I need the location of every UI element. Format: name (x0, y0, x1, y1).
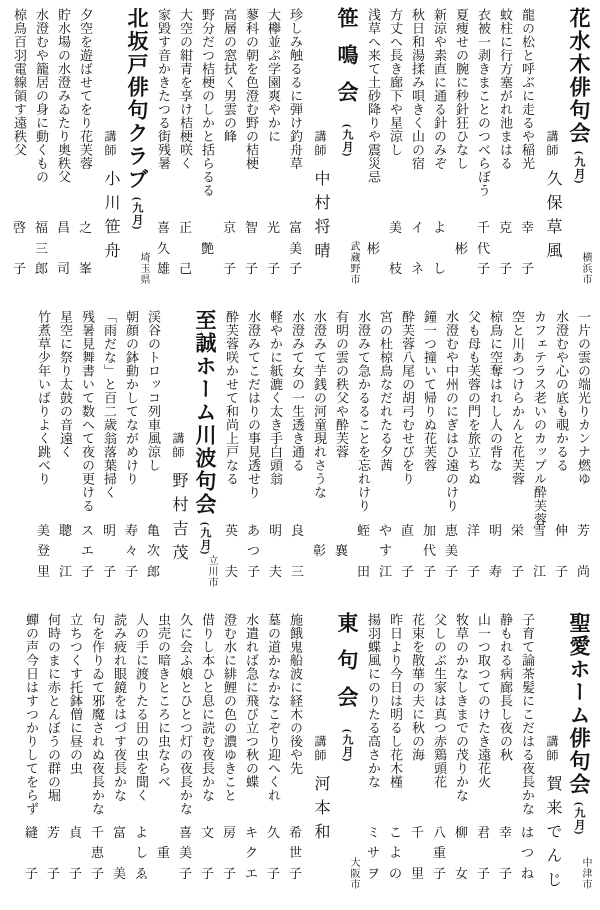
poem-entry: 有明の雲の秩父や酔芙蓉襄 (331, 306, 352, 603)
poem-author: よし (429, 221, 450, 275)
section-header: 笹鳴会(九月)武蔵野市講師中村将晴 (306, 4, 362, 301)
poem-entry: 残暑見舞書いて数へて夜の更けるスエ子 (77, 306, 98, 603)
poem-author-char: 代 (423, 544, 436, 557)
poem-author-char: 子 (267, 867, 280, 880)
section-month-label: (九月) (573, 151, 585, 184)
poem-entry: 空と川あつけらかんと花芙蓉栄子 (507, 306, 528, 603)
poem-entry: 水遣れば急に飛び立つ秋の蝶キクエ (241, 609, 262, 906)
poem-entry: 水澄みて女の一生透き通る良三 (287, 306, 308, 603)
poem-author: 久子 (263, 826, 284, 880)
poem-author: 克子 (495, 221, 516, 275)
poem-author-char: エ (245, 867, 258, 880)
poem-author-char: 明 (103, 524, 116, 537)
poem-entry: 「雨だな」と百二歳翁落葉掃く明子 (99, 306, 120, 603)
section-city-label: 大阪市 (346, 857, 361, 890)
section-title-column: 聖愛ホーム俳句会(九月)中津市 (564, 609, 594, 906)
poem-author-char: 彬 (367, 242, 380, 255)
poem-entry: 水澄むや心の底も覗かるる伸子 (551, 306, 572, 603)
poem-author-char: 子 (467, 565, 480, 578)
poem-author-char: 明 (489, 524, 502, 537)
poem-author: 美枝 (385, 221, 406, 275)
poem-author-char: 子 (477, 262, 490, 275)
poem-author-char: 子 (201, 867, 214, 880)
poem-author: 重 (153, 826, 174, 880)
section-teacher-column: 講師久保草風 (538, 4, 564, 301)
poem-author-char: 子 (223, 262, 236, 275)
poem-author-char: 洋 (467, 524, 480, 537)
poem-author: 君子 (473, 826, 494, 880)
poem-author-char: 子 (47, 867, 60, 880)
poem-entry: 大欅並ぶ学園爽やかに光子 (263, 4, 284, 301)
poem-author-char: 伸 (555, 524, 568, 537)
poem-author-char: 枝 (389, 262, 402, 275)
poem-author-char: 子 (25, 867, 38, 880)
poem-author-char: 喜 (179, 826, 192, 839)
poem-author-char: 千 (411, 826, 424, 839)
teacher-name: 野村吉茂 (170, 472, 187, 568)
section-header: 聖愛ホーム俳句会(九月)中津市講師賀来でんじ (538, 609, 594, 906)
poem-author-char: 克 (499, 221, 512, 234)
teacher-name: 小川笹舟 (102, 170, 119, 266)
poem-author: 蛭田 (353, 524, 374, 578)
poem-author-char: つ (521, 846, 534, 859)
poem-entry: 貯水場の水澄みゐたり奥秩父昌司 (53, 4, 74, 301)
poem-entry: 朝顔の鉢動かしてながめけり寿々子 (121, 306, 142, 603)
poem-entry: 父しのぶ生家は真つ赤鶏頭花八重子 (429, 609, 450, 906)
poem-author-char: よ (135, 826, 148, 839)
poem-author-char: 京 (223, 221, 236, 234)
section-title-column: 東句会(九月)大阪市 (332, 609, 362, 906)
poem-author-char: 世 (289, 846, 302, 859)
poem-entry: 澄む水に緋鯉の色の濃ゆきこと房子 (219, 609, 240, 906)
poem-entry: 方丈へ長き廊下や星涼し美枝 (385, 4, 406, 301)
poem-entry: 人の手に渡りたる田の虫を聞くよしゑ (131, 609, 152, 906)
poem-author-char: 三 (35, 242, 48, 255)
poem-author: 美登里 (33, 524, 54, 578)
poem-entry: 花束を散華の夫に秋の海千里 (407, 609, 428, 906)
poem-author: 芳尚 (573, 524, 594, 578)
poem-author-char: 恵 (445, 524, 458, 537)
poem-author-char: 恵 (91, 846, 104, 859)
poem-author-char: 雄 (157, 262, 170, 275)
poem-author: はつね (517, 826, 538, 880)
poem-author-char: 子 (13, 262, 26, 275)
poem-author-char: 良 (291, 524, 304, 537)
poem-author: 洋子 (463, 524, 484, 578)
poem-entry: 衣被一剥きまことのつべらぼう千代子 (473, 4, 494, 301)
poem-author: 八重子 (429, 826, 450, 880)
poem-entry: 昨日より今日は明るし花木槿こよの (385, 609, 406, 906)
poem-author-char: 雪 (533, 524, 546, 537)
poem-author-char: サ (367, 846, 380, 859)
poem-author-char: 千 (477, 221, 490, 234)
poem-author-char: 美 (445, 544, 458, 557)
poem-author: スエ子 (77, 524, 98, 578)
poem-author-char: 貞 (69, 826, 82, 839)
section-city-label: 立川市 (204, 555, 219, 588)
poem-entry: 施餓鬼船波に経木の後や先希世子 (285, 609, 306, 906)
poem-author-char: し (135, 846, 148, 859)
poem-author: 栄子 (507, 524, 528, 578)
section-city-label: 横浜市 (578, 252, 593, 285)
poem-entry: 一片の雲の端光りカンナ燃ゆ芳尚 (573, 306, 594, 603)
section-month-label: (九月) (573, 802, 585, 835)
poem-author-char: 子 (401, 565, 414, 578)
poem-author-char: 富 (113, 826, 126, 839)
poem-author-char: 幸 (521, 221, 534, 234)
poem-author-char: 寿 (489, 565, 502, 578)
poem-entry: 椋鳥に空奪はれし人の背な明寿 (485, 306, 506, 603)
poem-entry: 水澄むや籠居の身に動くもの福三郎 (31, 4, 52, 301)
poem-author-char: 子 (91, 867, 104, 880)
poem-author-char: 芳 (577, 524, 590, 537)
poem-entry: 立ちつくす托鉢僧に昼の虫貞子 (65, 609, 86, 906)
section-header: 至誠ホーム川波句会(九月)立川市講師野村吉茂 (164, 306, 220, 603)
section-title-column: 北坂戸俳句クラブ(九月)埼玉県 (122, 4, 152, 301)
poem-author-char: 重 (157, 846, 170, 859)
section-city-label: 中津市 (578, 857, 593, 890)
section-teacher-column: 講師賀来でんじ (538, 609, 564, 906)
poem-author-char: よ (433, 221, 446, 234)
teacher-label: 講師 (313, 130, 327, 158)
poem-author-char: 彬 (455, 242, 468, 255)
poem-author: 昌司 (53, 221, 74, 275)
poem-author: 光子 (263, 221, 284, 275)
poem-entry: 酔芙蓉咲かせて和尚上戸なる英夫 (221, 306, 242, 603)
poem-author-char: 美 (37, 524, 50, 537)
poem-author-char: 子 (499, 262, 512, 275)
poem-author: 喜久雄 (153, 221, 174, 275)
poem-author-char: 柳 (455, 826, 468, 839)
poem-author: 芳子 (43, 826, 64, 880)
band-3: 聖愛ホーム俳句会(九月)中津市講師賀来でんじ子育て論茶髪にこだはる夜長かなはつね… (4, 609, 594, 906)
section-month-label: (九月) (341, 124, 353, 157)
poem-author: 柳女 (451, 826, 472, 880)
poem-author-char: 三 (291, 565, 304, 578)
poem-author-char: 女 (455, 867, 468, 880)
poem-author-char: ミ (367, 826, 380, 839)
poem-author-char: 子 (445, 565, 458, 578)
poem-entry: 水澄みて急かるることを忘れけり蛭田 (353, 306, 374, 603)
poem-author-char: 明 (269, 524, 282, 537)
section-city-label: 武蔵野市 (346, 241, 361, 285)
teacher-name: 賀来でんじ (544, 775, 561, 895)
poem-author-char: 子 (81, 565, 94, 578)
poem-author-char: 夫 (225, 565, 238, 578)
poem-entry: 蓼科の朝を色澄む野の桔梗智子 (241, 4, 262, 301)
section-teacher-column: 講師小川笹舟 (96, 4, 122, 301)
poem-author-char: 子 (247, 565, 260, 578)
poem-author-char: 子 (521, 262, 534, 275)
poem-author: 貞子 (65, 826, 86, 880)
poem-author-char: 重 (433, 846, 446, 859)
poem-author: 千恵子 (87, 826, 108, 880)
poem-author: 文子 (197, 826, 218, 880)
poem-author-char: 子 (499, 867, 512, 880)
poem-entry: 野分だつ桔梗のしかと括らるる艶 (197, 4, 218, 301)
poem-entry: 墓の道かなかなこぞり迎へくれ久子 (263, 609, 284, 906)
poem-author-char: 子 (69, 867, 82, 880)
poem-author-char: 里 (411, 867, 424, 880)
section-month-label: (九月) (131, 197, 143, 230)
poem-entry: 家毀す音かきたつる街残暑喜久雄 (153, 4, 174, 301)
poem-entry: 句を作りゐて邪魔されぬ夜長かな千恵子 (87, 609, 108, 906)
poem-author-char: あ (247, 524, 260, 537)
poem-author-char: 子 (423, 565, 436, 578)
poem-author: 直子 (397, 524, 418, 578)
poem-author-char: 子 (433, 867, 446, 880)
poem-entry: 渓谷のトロッコ列車風涼し亀次郎 (143, 306, 164, 603)
poem-author-char: 己 (179, 262, 192, 275)
section-title-column: 花水木俳句会(九月)横浜市 (564, 4, 594, 301)
poem-author: 富美子 (285, 221, 306, 275)
poem-author-char: 千 (91, 826, 104, 839)
poem-author: 恵美子 (441, 524, 462, 578)
poem-author-char: 江 (533, 565, 546, 578)
poem-author-char: 田 (357, 565, 370, 578)
poem-author-char: 聰 (59, 524, 72, 537)
poem-entry: 虫売の暗きところに虫ならべ重 (153, 609, 174, 906)
poem-author: キクエ (241, 826, 262, 880)
poem-author-char: 久 (157, 242, 170, 255)
poem-author-char: 子 (223, 867, 236, 880)
poem-author-char: 司 (57, 262, 70, 275)
poem-entry: 龍の松と呼ぶに走るや稲光幸子 (517, 4, 538, 301)
poem-author-char: 襄 (335, 544, 348, 557)
poem-author: 啓子 (9, 221, 30, 275)
poem-author: 彬 (363, 221, 384, 275)
poem-author-char: 希 (289, 826, 302, 839)
poem-author-char: 栄 (511, 524, 524, 537)
poem-author-char: ス (81, 524, 94, 537)
poem-entry: 酔芙蓉八尾の胡弓むせびをり直子 (397, 306, 418, 603)
band-2: 一片の雲の端光りカンナ燃ゆ芳尚水澄むや心の底も覗かるる伸子カフェテラス老いのカッ… (4, 306, 594, 603)
poem-author: 雪江 (529, 524, 550, 578)
haiku-magazine-page: 花水木俳句会(九月)横浜市講師久保草風龍の松と呼ぶに走るや稲光幸子蚊柱に行方塞が… (0, 0, 600, 910)
teacher-name: 久保草風 (544, 170, 561, 266)
section-city-label: 埼玉県 (136, 252, 151, 285)
poem-author: 之峯 (75, 221, 96, 275)
poem-author: 智子 (241, 221, 262, 275)
poem-author-char: 艶 (201, 242, 214, 255)
poem-entry: 鐘一つ撞いて帰りぬ花芙蓉加代子 (419, 306, 440, 603)
poem-author: よしゑ (131, 826, 152, 880)
poem-author-char: 子 (477, 867, 490, 880)
poem-author-char: 子 (289, 262, 302, 275)
poem-author-char: 蛭 (357, 524, 370, 537)
poem-author-char: 英 (225, 524, 238, 537)
poem-entry: 新涼や素直に通る針のみぞよし (429, 4, 450, 301)
poem-author-char: 直 (401, 524, 414, 537)
poem-author: 京子 (219, 221, 240, 275)
poem-author-char: 郎 (35, 262, 48, 275)
poem-author-char: 郎 (147, 565, 160, 578)
teacher-name: 河本和 (312, 775, 329, 847)
poem-author-char: よ (389, 846, 402, 859)
poem-author-char: 福 (35, 221, 48, 234)
poem-author-char: 々 (125, 544, 138, 557)
poem-author: 襄 (331, 524, 352, 578)
poem-entry: 子育て論茶髪にこだはる夜長かなはつね (517, 609, 538, 906)
poem-entry: 高層の窓拭く男雲の峰京子 (219, 4, 240, 301)
poem-author-char: 昌 (57, 221, 70, 234)
poem-entry: 何時のまに赤とんぼうの群の堀芳子 (43, 609, 64, 906)
poem-author: 正己 (175, 221, 196, 275)
poem-entry: 山一つ取つてのけたき遠花火君子 (473, 609, 494, 906)
poem-author: 千里 (407, 826, 428, 880)
poem-entry: 夏痩せの腕に秒針狂ひなし彬 (451, 4, 472, 301)
poem-author: 明寿 (485, 524, 506, 578)
poem-author-char: 尚 (577, 565, 590, 578)
poem-author-char: 幸 (499, 826, 512, 839)
poem-author: 明子 (99, 524, 120, 578)
section-teacher-column: 講師河本和 (306, 609, 332, 906)
poem-author: 喜美子 (175, 826, 196, 880)
poem-author-char: 峯 (79, 262, 92, 275)
poem-author-char: 正 (179, 221, 192, 234)
poem-entry: 水澄むや中州のにぎはひ遠のけり恵美子 (441, 306, 462, 603)
poem-author-char: イ (411, 221, 424, 234)
poem-author-char: や (379, 524, 392, 537)
poem-author: 幸子 (517, 221, 538, 275)
poem-entry: 静もれる病廊長し夜の秋幸子 (495, 609, 516, 906)
teacher-label: 講師 (545, 735, 559, 763)
poem-author-char: 喜 (157, 221, 170, 234)
poem-author-char: エ (81, 544, 94, 557)
poem-author-char: す (379, 544, 392, 557)
poem-entry: 大空の紺青を享け桔梗咲く正己 (175, 4, 196, 301)
poem-author: 希世子 (285, 826, 306, 880)
teacher-label: 講師 (171, 432, 185, 460)
poem-author-char: 芳 (47, 826, 60, 839)
poem-author-char: 子 (289, 867, 302, 880)
poem-author: 房子 (219, 826, 240, 880)
poem-author-char: 美 (179, 846, 192, 859)
poem-author: 幸子 (495, 826, 516, 880)
poem-author: こよの (385, 826, 406, 880)
poem-entry: 父も母も芙蓉の門を旅立ちぬ洋子 (463, 306, 484, 603)
section-title-column: 笹鳴会(九月)武蔵野市 (332, 4, 362, 301)
poem-author-char: 江 (379, 565, 392, 578)
poem-entry: 珍しみ触るるに弾け釣舟草富美子 (285, 4, 306, 301)
poem-author-char: 光 (267, 221, 280, 234)
poem-author-char: 次 (147, 544, 160, 557)
poem-author-char: キ (245, 826, 258, 839)
poem-author-char: 子 (267, 262, 280, 275)
poem-entry: 秋日和湯揉み唄きく山の宿イネ (407, 4, 428, 301)
poem-entry: 蚊柱に行方塞がれ池まはる克子 (495, 4, 516, 301)
poem-author-char: 里 (37, 565, 50, 578)
poem-author: 福三郎 (31, 221, 52, 275)
section-header: 北坂戸俳句クラブ(九月)埼玉県講師小川笹舟 (96, 4, 152, 301)
poem-author-char: 縫 (25, 826, 38, 839)
poem-author-char: 子 (245, 262, 258, 275)
poem-entry: カフェテラス老いのカップル酔芙蓉雪江 (529, 306, 550, 603)
poem-author: 明夫 (265, 524, 286, 578)
poem-entry: 竹煮草少年いばりよく跳べり美登里 (33, 306, 54, 603)
poem-entry: 揚羽蝶風にのりたる高さかなミサヲ (363, 609, 384, 906)
poem-author-char: 君 (477, 826, 490, 839)
band-1: 花水木俳句会(九月)横浜市講師久保草風龍の松と呼ぶに走るや稲光幸子蚊柱に行方塞が… (4, 4, 594, 301)
poem-author: 伸子 (551, 524, 572, 578)
poem-entry: 久に会ふ娘とひとつ灯の夜長かな喜美子 (175, 609, 196, 906)
poem-author: 寿々子 (121, 524, 142, 578)
poem-author-char: 美 (289, 242, 302, 255)
poem-author-char: 房 (223, 826, 236, 839)
poem-author-char: 子 (103, 565, 116, 578)
poem-entry: 夕空を遊ばせてをり花芙蓉之峯 (75, 4, 96, 301)
section-teacher-column: 講師中村将晴 (306, 4, 332, 301)
poem-entry: 椋鳥百羽電線領す遠秩父啓子 (9, 4, 30, 301)
poem-entry: 借りし本ひと息に読む夜長かな文子 (197, 609, 218, 906)
poem-entry: 牧草のかなしきまでの茂りかな柳女 (451, 609, 472, 906)
poem-author: 艶 (197, 221, 218, 275)
poem-author-char: 八 (433, 826, 446, 839)
poem-author-char: 智 (245, 221, 258, 234)
poem-author-char: 子 (179, 867, 192, 880)
poem-author-char: 代 (477, 242, 490, 255)
poem-author: 聰江 (55, 524, 76, 578)
poem-author-char: 登 (37, 544, 50, 557)
teacher-name: 中村将晴 (312, 170, 329, 266)
section-month-label: (九月) (199, 522, 211, 555)
poem-entry: 読み疲れ眼鏡をはづす夜長かな富美 (109, 609, 130, 906)
poem-author-char: 文 (201, 826, 214, 839)
poem-entry: 軽やかに紙漉く太き手白頭翁明夫 (265, 306, 286, 603)
poem-author: 縫子 (21, 826, 42, 880)
poem-author: 英夫 (221, 524, 242, 578)
poem-entry: 浅草へ来て土砂降りや震災忌彬 (363, 4, 384, 301)
poem-author: 千代子 (473, 221, 494, 275)
poem-entry: 星空に祭り太鼓の音遠く聰江 (55, 306, 76, 603)
poem-author-char: つ (247, 544, 260, 557)
poem-author: 加代子 (419, 524, 440, 578)
poem-author-char: 子 (511, 565, 524, 578)
poem-author-char: し (433, 262, 446, 275)
poem-author-char: ヲ (367, 867, 380, 880)
poem-author-char: の (389, 867, 402, 880)
poem-author: イネ (407, 221, 428, 275)
teacher-label: 講師 (313, 735, 327, 763)
section-month-label: (九月) (341, 729, 353, 762)
poem-author-char: 江 (59, 565, 72, 578)
poem-author-char: 夫 (269, 565, 282, 578)
poem-author-char: 加 (423, 524, 436, 537)
poem-author-char: 美 (113, 867, 126, 880)
poem-author: 彰 (309, 524, 330, 578)
poem-author-char: 亀 (147, 524, 160, 537)
poem-author-char: は (521, 826, 534, 839)
poem-author: ミサヲ (363, 826, 384, 880)
poem-author-char: 彰 (313, 544, 326, 557)
poem-entry: 宮の杜椋鳥なだれたる夕茜やす江 (375, 306, 396, 603)
poem-author: 彬 (451, 221, 472, 275)
poem-author-char: 美 (389, 221, 402, 234)
poem-entry: 蟬の声今日はすつかりしてをらず縫子 (21, 609, 42, 906)
section-header: 東句会(九月)大阪市講師河本和 (306, 609, 362, 906)
section-teacher-column: 講師野村吉茂 (164, 306, 190, 603)
poem-author-char: 子 (125, 565, 138, 578)
poem-author-char: 寿 (125, 524, 138, 537)
poem-author: 亀次郎 (143, 524, 164, 578)
section-header: 花水木俳句会(九月)横浜市講師久保草風 (538, 4, 594, 301)
poem-author: 富美 (109, 826, 130, 880)
teacher-label: 講師 (103, 130, 117, 158)
section-title-column: 至誠ホーム川波句会(九月)立川市 (190, 306, 220, 603)
poem-author-char: 久 (267, 826, 280, 839)
poem-author-char: ネ (411, 262, 424, 275)
poem-author-char: 啓 (13, 221, 26, 234)
